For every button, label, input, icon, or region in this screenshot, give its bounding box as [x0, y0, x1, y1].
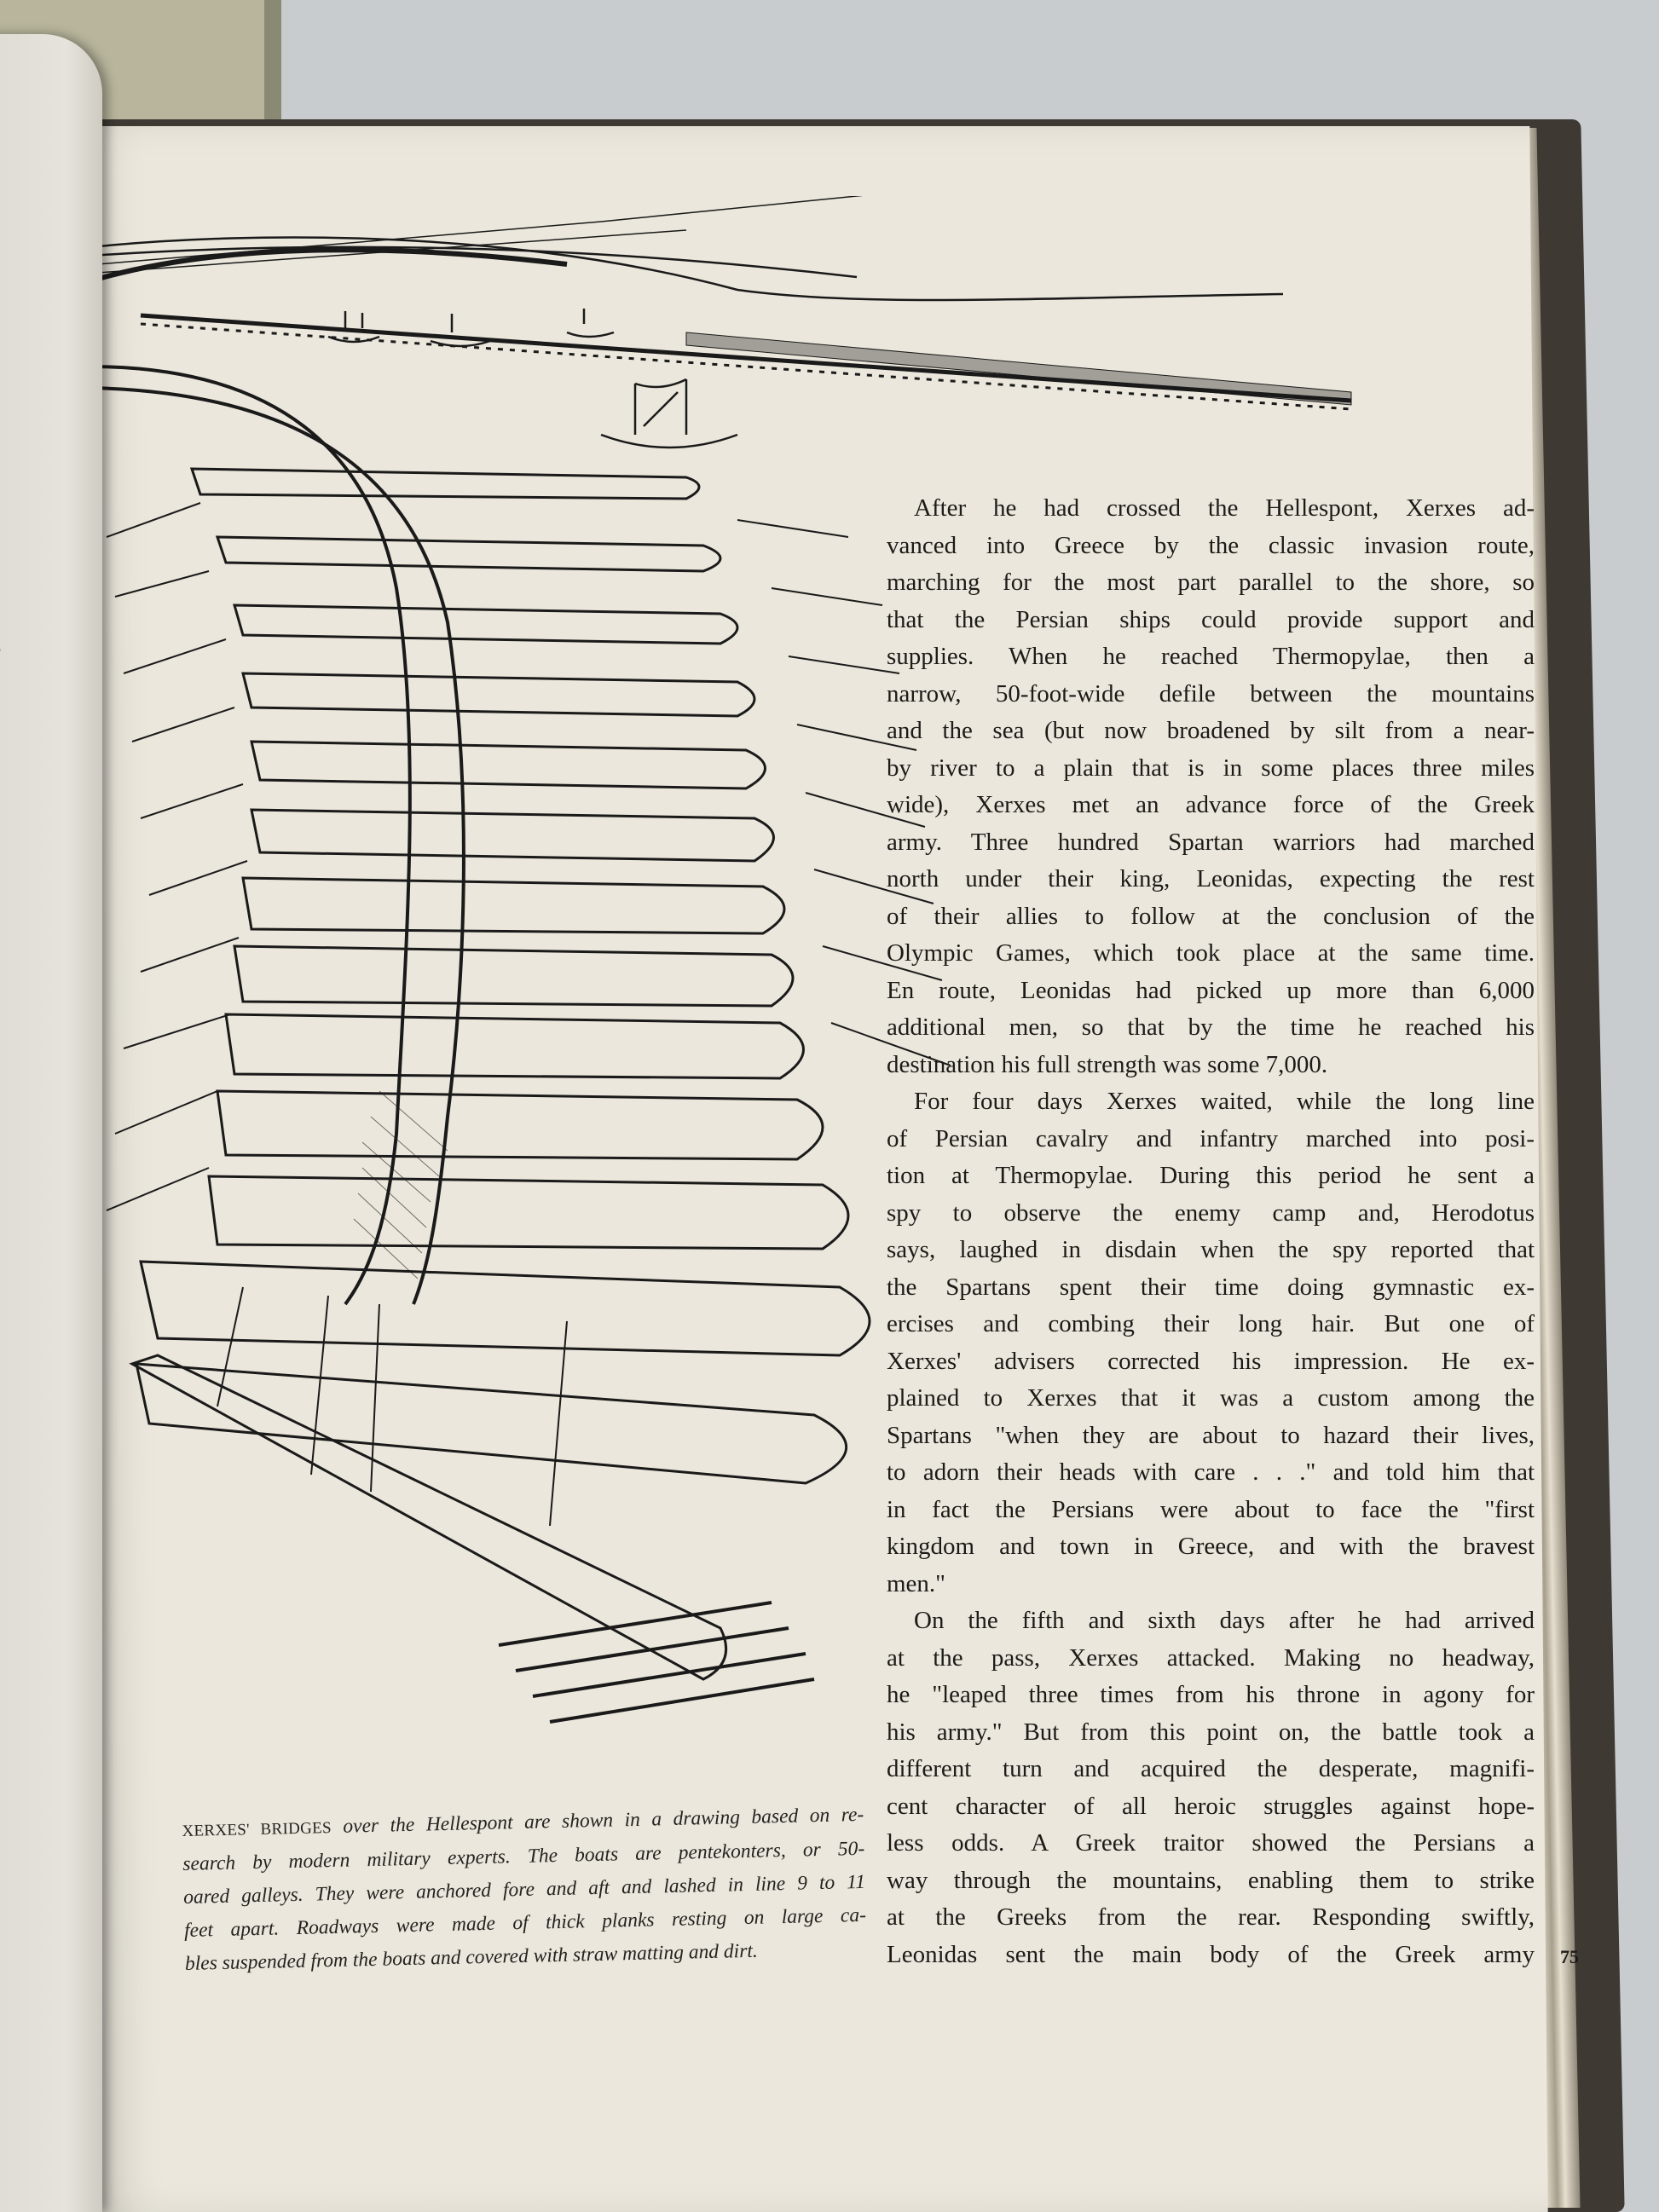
text-line: at the Greeks from the rear. Responding …: [887, 1899, 1535, 1937]
text-line: the Spartans spent their time doing gymn…: [887, 1269, 1535, 1307]
text-line: way through the mountains, enabling them…: [887, 1863, 1535, 1900]
fragment: t: [0, 1113, 9, 1151]
fragment: o: [0, 779, 9, 817]
fragment: r.: [0, 742, 9, 780]
fragment: e-: [0, 631, 9, 668]
text-line: ercises and combing their long hair. But…: [887, 1306, 1535, 1343]
book-photo: e- it s. r. o e - n g s s y t o y After …: [0, 0, 1659, 2212]
fragment: s.: [0, 705, 9, 742]
paragraph-2: For four days Xerxes waited, while the l…: [887, 1083, 1535, 1603]
caption-text: over the Hellespont are shown in a drawi…: [332, 1804, 864, 1838]
text-line: less odds. A Greek traitor showed the Pe…: [887, 1825, 1535, 1863]
text-line: marching for the most part parallel to t…: [887, 564, 1535, 602]
left-page-text-fragments: e- it s. r. o e - n g s s y t o y: [0, 631, 9, 1224]
figure-caption: XERXES' BRIDGES over the Hellespont are …: [182, 1799, 867, 1981]
text-line: destination his full strength was some 7…: [887, 1047, 1535, 1084]
text-line: of their allies to follow at the conclus…: [887, 898, 1535, 936]
paragraph-1: After he had crossed the Hellespont, Xer…: [887, 490, 1535, 1083]
text-line: and the sea (but now broadened by silt f…: [887, 713, 1535, 750]
page-number: 75: [1560, 1946, 1579, 1968]
text-line: that the Persian ships could provide sup…: [887, 602, 1535, 639]
text-line: spy to observe the enemy camp and, Herod…: [887, 1195, 1535, 1233]
text-line: kingdom and town in Greece, and with the…: [887, 1528, 1535, 1566]
text-line: plained to Xerxes that it was a custom a…: [887, 1380, 1535, 1418]
fragment: n: [0, 927, 9, 965]
text-line: vanced into Greece by the classic invasi…: [887, 528, 1535, 565]
text-line: cent character of all heroic struggles a…: [887, 1788, 1535, 1826]
text-line: En route, Leonidas had picked up more th…: [887, 973, 1535, 1010]
text-line: different turn and acquired the desperat…: [887, 1751, 1535, 1788]
text-line: On the fifth and sixth days after he had…: [887, 1603, 1535, 1640]
fragment: o: [0, 1150, 9, 1187]
text-line: to adorn their heads with care . . ." an…: [887, 1454, 1535, 1492]
fragment: y: [0, 1076, 9, 1113]
fragment: s: [0, 1039, 9, 1077]
text-line: Spartans "when they are about to hazard …: [887, 1418, 1535, 1455]
text-line: says, laughed in disdain when the spy re…: [887, 1232, 1535, 1269]
text-line: After he had crossed the Hellespont, Xer…: [887, 490, 1535, 528]
text-line: of Persian cavalry and infantry marched …: [887, 1121, 1535, 1158]
fragment: g: [0, 965, 9, 1002]
fragment: s: [0, 1002, 9, 1039]
text-line: in fact the Persians were about to face …: [887, 1492, 1535, 1529]
text-line: additional men, so that by the time he r…: [887, 1009, 1535, 1047]
text-line: narrow, 50-foot-wide defile between the …: [887, 676, 1535, 713]
text-line: at the pass, Xerxes attacked. Making no …: [887, 1640, 1535, 1678]
text-line: supplies. When he reached Thermopylae, t…: [887, 638, 1535, 676]
text-line: Xerxes' advisers corrected his impressio…: [887, 1343, 1535, 1381]
fragment: y: [0, 1187, 9, 1225]
text-line: by river to a plain that is in some plac…: [887, 750, 1535, 788]
fragment: -: [0, 853, 9, 891]
fragment: e: [0, 817, 9, 854]
text-line: Leonidas sent the main body of the Greek…: [887, 1937, 1535, 1974]
fragment: [0, 891, 9, 928]
left-page-edge: e- it s. r. o e - n g s s y t o y: [0, 34, 102, 2212]
text-line: his army." But from this point on, the b…: [887, 1714, 1535, 1752]
text-line: he "leaped three times from his throne i…: [887, 1677, 1535, 1714]
text-line: wide), Xerxes met an advance force of th…: [887, 787, 1535, 824]
text-line: north under their king, Leonidas, expect…: [887, 861, 1535, 898]
text-line: For four days Xerxes waited, while the l…: [887, 1083, 1535, 1121]
paragraph-3: On the fifth and sixth days after he had…: [887, 1603, 1535, 1973]
text-line: Olympic Games, which took place at the s…: [887, 935, 1535, 973]
text-line: men.": [887, 1566, 1535, 1603]
caption-lead: XERXES' BRIDGES: [182, 1819, 332, 1840]
text-line: tion at Thermopylae. During this period …: [887, 1158, 1535, 1195]
body-text-column: After he had crossed the Hellespont, Xer…: [887, 490, 1535, 1973]
text-line: army. Three hundred Spartan warriors had…: [887, 824, 1535, 862]
fragment: it: [0, 668, 9, 706]
